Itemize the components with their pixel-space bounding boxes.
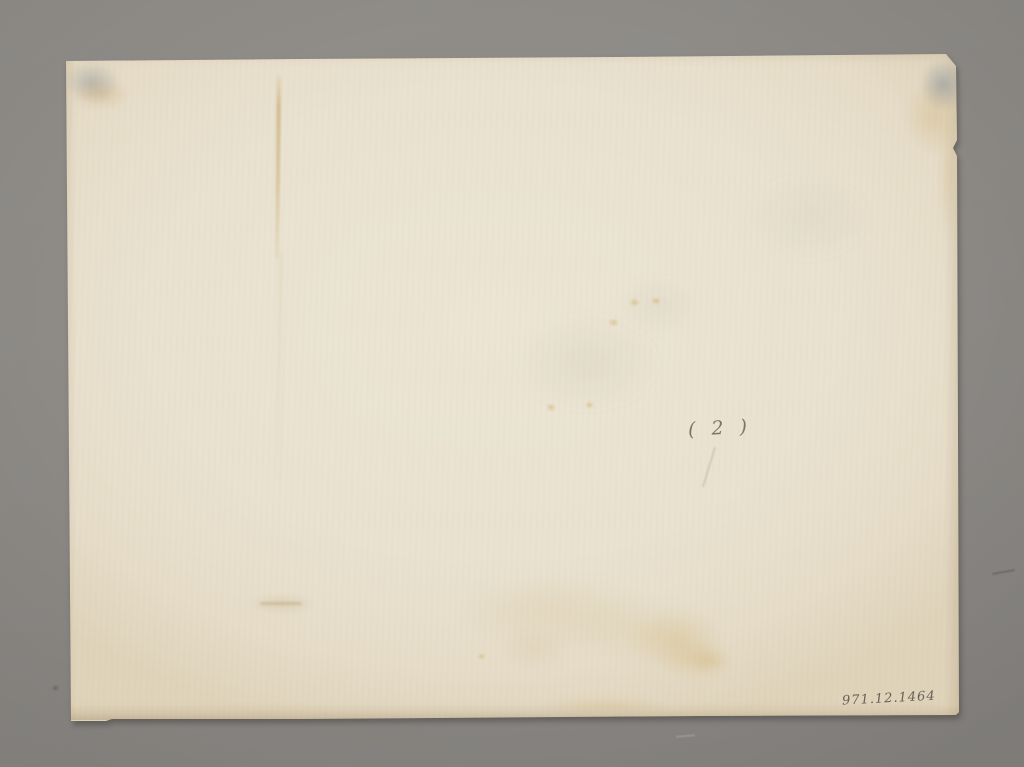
tape-residue-top-left <box>64 62 120 102</box>
paper-edge-shading-top <box>66 54 956 63</box>
foxing-speck <box>651 297 661 305</box>
adhesive-stain-top-left <box>72 78 130 110</box>
accession-number-inscription: 971.12.1464 <box>842 688 943 708</box>
foxing-speck <box>585 401 594 409</box>
handling-smudge <box>515 315 660 410</box>
pencil-annotation-center: ( 2 ) <box>687 415 758 441</box>
tape-residue-top-right <box>920 58 966 112</box>
foxing-blotch <box>560 600 725 662</box>
edge-stain-top-right <box>938 112 960 242</box>
vertical-foxing-stain-line-faint <box>277 252 282 480</box>
paper-edge-shading-right <box>944 54 960 716</box>
paper-sheet-verso: ( 2 ) 971.12.1464 <box>0 0 1024 767</box>
handling-smudge <box>745 175 870 260</box>
paper-edge-shading-left <box>66 60 76 722</box>
faint-pencil-crease-line <box>702 447 716 488</box>
foxing-blotch <box>455 575 650 647</box>
faint-stain-streak <box>260 602 302 605</box>
handling-smudge <box>615 278 700 333</box>
foxing-blotch <box>248 594 316 614</box>
photo-backdrop: ( 2 ) 971.12.1464 <box>0 0 1024 767</box>
foxing-blotch <box>540 698 670 714</box>
foxing-blotch <box>628 612 723 670</box>
foxing-blotch <box>658 638 730 680</box>
paper-sheet-shadow-wrapper: ( 2 ) 971.12.1464 <box>0 0 1024 767</box>
foxing-speck <box>608 318 619 327</box>
adhesive-stain-top-right <box>903 80 965 154</box>
foxing-speck <box>546 403 556 412</box>
paper-edge-shading-bottom <box>68 704 960 720</box>
foxing-blotch <box>688 648 730 674</box>
foxing-speck <box>477 653 486 660</box>
foxing-speck <box>629 298 640 307</box>
vertical-foxing-stain-line <box>275 74 281 258</box>
paper-grain-texture <box>66 54 960 722</box>
foxing-blotch <box>498 628 570 670</box>
